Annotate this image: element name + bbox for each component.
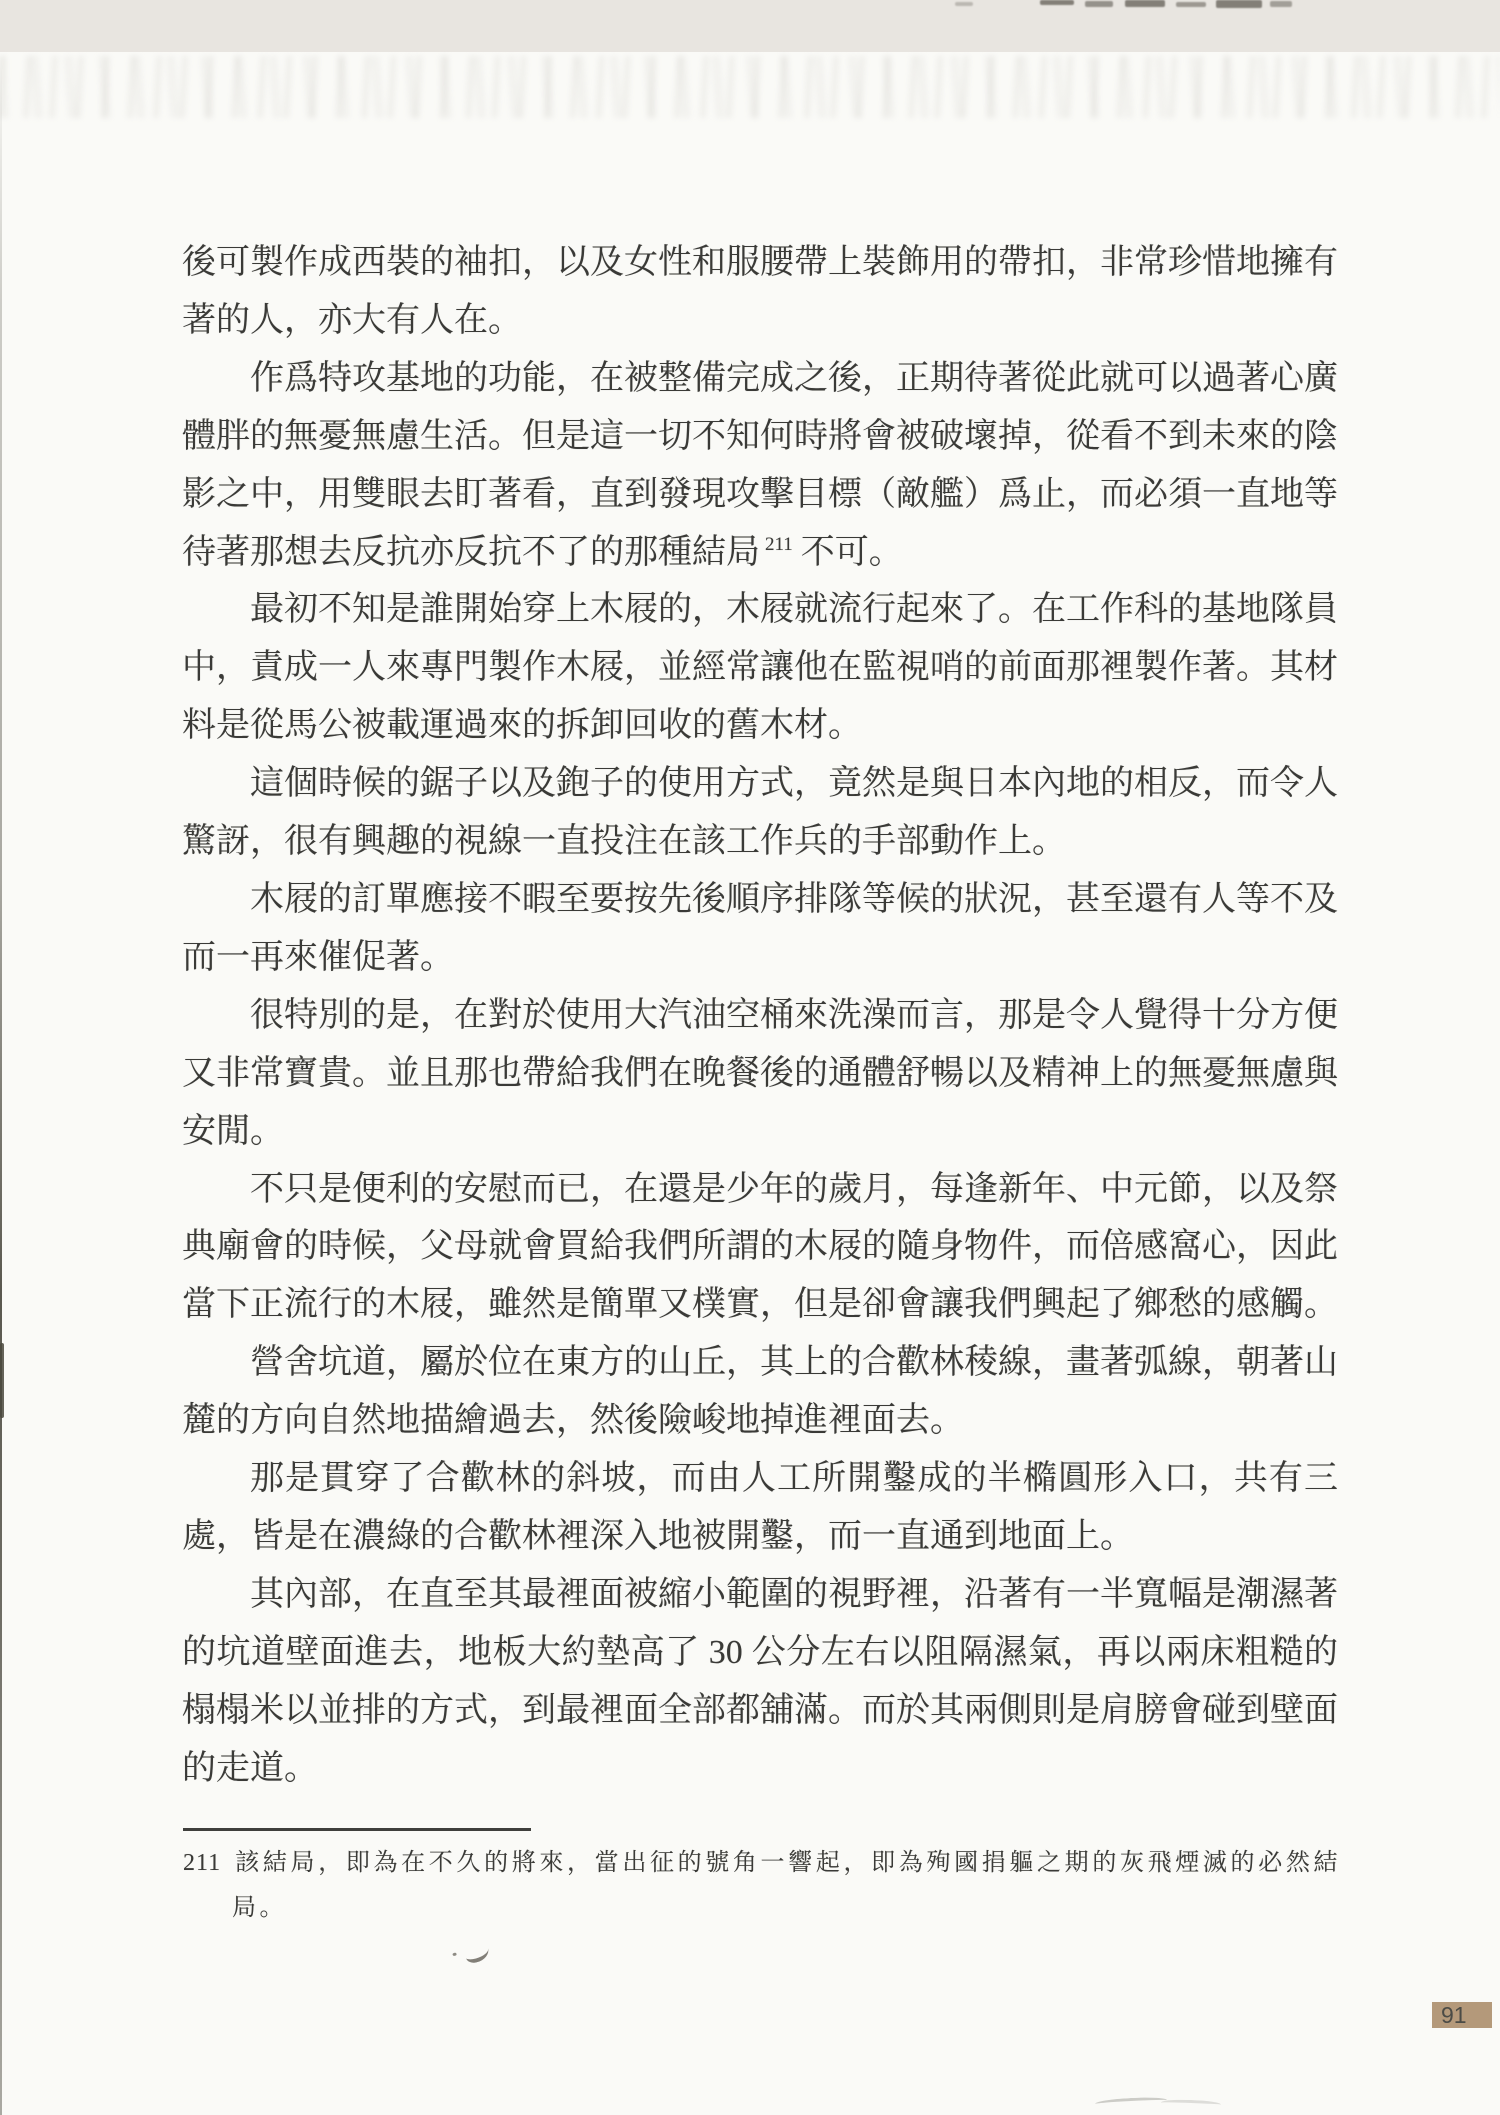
smudge-mark	[1125, 0, 1165, 7]
footnote-reference: 211	[765, 534, 793, 555]
page-number: 91	[1441, 2002, 1467, 2029]
text-line: 待著那想去反抗亦反抗不了的那種結局211不可。	[182, 524, 1338, 582]
footnote-line: 211該結局，即為在不久的將來，當出征的號角一響起，即為殉國捐軀之期的灰飛煙滅的…	[183, 1841, 1341, 1886]
text-line: 不只是便利的安慰而已，在還是少年的歲月，每逢新年、中元節，以及祭	[182, 1161, 1338, 1219]
page-number-badge: 91	[1432, 2002, 1492, 2028]
smudge-mark	[955, 2, 973, 6]
text-line: 安閒。	[182, 1103, 1338, 1161]
text-line: 體胖的無憂無慮生活。但是這一切不知何時將會被破壞掉，從看不到未來的陰	[182, 408, 1338, 466]
text-line: 榻榻米以並排的方式，到最裡面全部都舖滿。而於其兩側則是肩膀會碰到壁面	[182, 1682, 1338, 1740]
smudge-mark	[1270, 1, 1292, 7]
text-line: 中，責成一人來專門製作木屐，並經常讓他在監視哨的前面那裡製作著。其材	[182, 639, 1338, 697]
smudge-mark	[1040, 0, 1074, 5]
scan-left-edge-line	[0, 55, 2, 2115]
smudge-mark	[1176, 2, 1206, 7]
text-line: 而一再來催促著。	[182, 929, 1338, 987]
footnote-line: 局。	[183, 1886, 1341, 1931]
text-line: 著的人，亦大有人在。	[182, 292, 1338, 350]
text-line: 木屐的訂單應接不暇至要按先後順序排隊等候的狀況，甚至還有人等不及	[182, 871, 1338, 929]
text-line: 麓的方向自然地描繪過去，然後險峻地掉進裡面去。	[182, 1392, 1338, 1450]
text-line: 其內部，在直至其最裡面被縮小範圍的視野裡，沿著有一半寬幅是潮濕著	[182, 1566, 1338, 1624]
text-line: 的坑道壁面進去，地板大約墊高了 30 公分左右以阻隔濕氣，再以兩床粗糙的	[182, 1624, 1338, 1682]
scan-bottom-marks	[1095, 2096, 1235, 2108]
ink-smudge	[463, 1941, 491, 1965]
text-line: 這個時候的鋸子以及鉋子的使用方式，竟然是與日本內地的相反，而令人	[182, 755, 1338, 813]
text-line: 營舍坑道，屬於位在東方的山丘，其上的合歡林稜線，畫著弧線，朝著山	[182, 1334, 1338, 1392]
smudge-mark	[1085, 1, 1113, 7]
book-page: 後可製作成西裝的袖扣，以及女性和服腰帶上裝飾用的帶扣，非常珍惜地擁有著的人，亦大…	[0, 0, 1500, 2115]
text-line: 那是貫穿了合歡林的斜坡，而由人工所開鑿成的半橢圓形入口，共有三	[182, 1450, 1338, 1508]
text-line: 後可製作成西裝的袖扣，以及女性和服腰帶上裝飾用的帶扣，非常珍惜地擁有	[182, 234, 1338, 292]
text-line: 很特別的是，在對於使用大汽油空桶來洗澡而言，那是令人覺得十分方便	[182, 987, 1338, 1045]
footnote-separator	[183, 1828, 531, 1831]
text-line: 典廟會的時候，父母就會買給我們所謂的木屐的隨身物件，而倍感窩心，因此	[182, 1218, 1338, 1276]
body-text: 後可製作成西裝的袖扣，以及女性和服腰帶上裝飾用的帶扣，非常珍惜地擁有著的人，亦大…	[182, 234, 1338, 1797]
text-line: 作爲特攻基地的功能，在被整備完成之後，正期待著從此就可以過著心廣	[182, 350, 1338, 408]
text-line: 當下正流行的木屐，雖然是簡單又樸實，但是卻會讓我們興起了鄉愁的感觸。	[182, 1276, 1338, 1334]
footnote: 211該結局，即為在不久的將來，當出征的號角一響起，即為殉國捐軀之期的灰飛煙滅的…	[183, 1841, 1341, 1931]
footnote-marker: 211	[183, 1850, 221, 1876]
text-line: 最初不知是誰開始穿上木屐的，木屐就流行起來了。在工作科的基地隊員	[182, 581, 1338, 639]
text-line: 的走道。	[182, 1740, 1338, 1798]
smudge-mark	[1216, 0, 1262, 8]
scan-left-edge-blob	[0, 1343, 4, 1418]
text-line: 料是從馬公被載運過來的拆卸回收的舊木材。	[182, 697, 1338, 755]
text-line: 又非常寶貴。並且那也帶給我們在晚餐後的通體舒暢以及精神上的無憂無慮與	[182, 1045, 1338, 1103]
scan-top-band	[0, 0, 1500, 52]
text-line: 驚訝，很有興趣的視線一直投注在該工作兵的手部動作上。	[182, 813, 1338, 871]
text-line: 處，皆是在濃綠的合歡林裡深入地被開鑿，而一直通到地面上。	[182, 1508, 1338, 1566]
scan-noise-band	[0, 56, 1500, 118]
text-line: 影之中，用雙眼去盯著看，直到發現攻擊目標（敵艦）爲止，而必須一直地等	[182, 466, 1338, 524]
